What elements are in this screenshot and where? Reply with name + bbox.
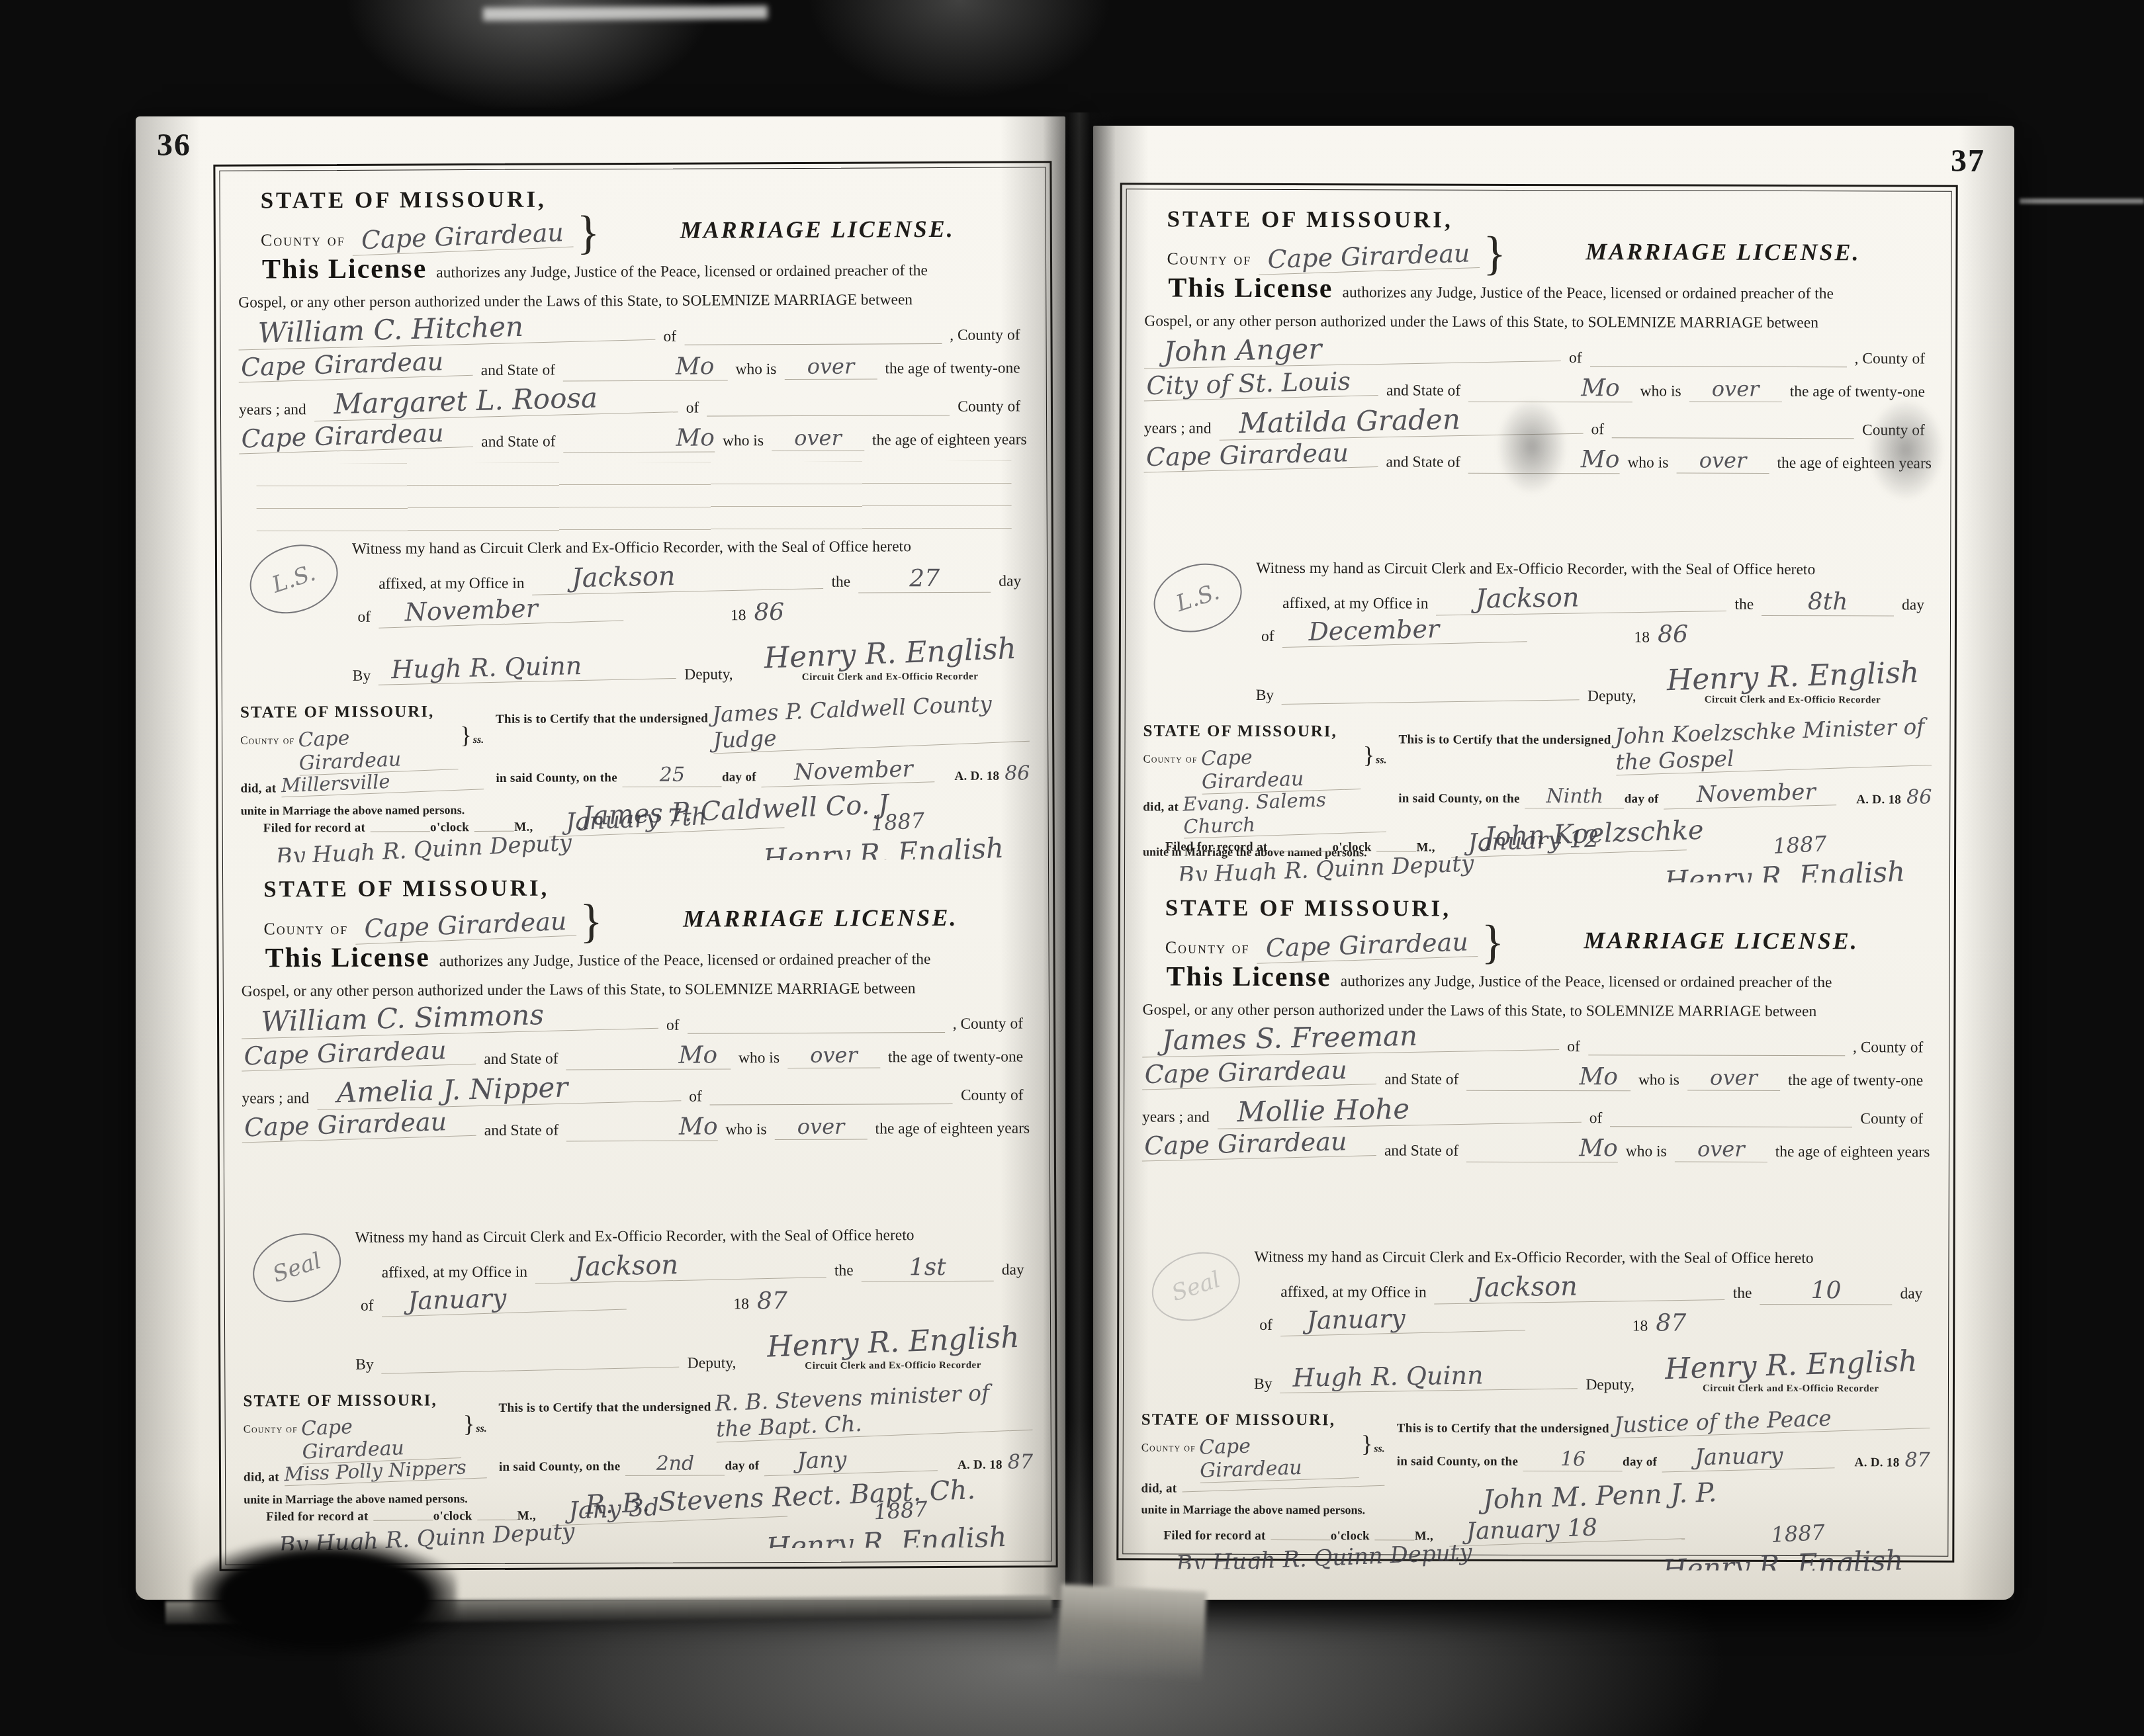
bride-age-over: over [1676, 448, 1769, 474]
witness-date-line: of January 1887 [1254, 1307, 1930, 1338]
office-place: Jackson [535, 1246, 826, 1284]
years-and-label: years ; and [1142, 1108, 1210, 1126]
marriage-license-title: MARRIAGE LICENSE. [1586, 238, 1860, 266]
certification-right: This is to Certify that the undersigned … [1384, 1411, 1930, 1517]
clerk-signature-block: Henry R. English Circuit Clerk and Ex-Of… [1665, 1348, 1918, 1395]
unite-label: unite in Marriage the above named person… [1141, 1502, 1384, 1517]
certify-row: This is to Certify that the undersigned … [496, 700, 1030, 755]
witness-by-line: By Hugh R. Quinn Deputy, Henry R. Englis… [352, 636, 1029, 685]
marriage-day: 25 [623, 763, 722, 787]
gospel-line: Gospel, or any other person authorized u… [1144, 312, 1818, 331]
by-label: By [1254, 1375, 1273, 1393]
groom-name: James S. Freeman [1141, 1017, 1559, 1058]
deputy-signature: Hugh R. Quinn [1280, 1359, 1578, 1393]
county-of-label: County of [1860, 1110, 1923, 1128]
marriage-date-row: in said County, on the 2nd day of Jany A… [499, 1448, 1033, 1477]
state-heading: STATE OF MISSOURI, [1165, 895, 1505, 922]
blank-line [1588, 1054, 1845, 1056]
the-label: the [1734, 596, 1754, 614]
marriage-license-record: STATE OF MISSOURI, County of Cape Girard… [236, 859, 1039, 1550]
who-is-label: who is [1638, 1071, 1679, 1089]
certification-right: This is to Certify that the undersigned … [486, 1389, 1033, 1496]
witness-year: 87 [1656, 1309, 1686, 1336]
certification-section: STATE OF MISSOURI, County of Cape Girard… [243, 1389, 1033, 1497]
witness-line: Witness my hand as Circuit Clerk and Ex-… [1254, 1248, 1930, 1268]
day-of-label: day of [725, 1459, 759, 1473]
and-state-of-label: and State of [1384, 1070, 1458, 1088]
witness-day: 8th [1762, 588, 1894, 617]
office-place: Jackson [532, 558, 824, 595]
state-county-block: STATE OF MISSOURI, County of Cape Girard… [263, 875, 603, 941]
deputy-signature [382, 1367, 680, 1374]
certification-left: STATE OF MISSOURI, County of Cape Girard… [1143, 722, 1386, 827]
brace: } [577, 219, 600, 245]
clerk-signature: Henry R. English [763, 632, 1016, 675]
brace: } [460, 721, 471, 749]
cert-county-row: County of Cape Girardeau } ss. [1143, 740, 1386, 792]
witness-by-line: By Deputy, Henry R. English Circuit Cler… [1256, 658, 1932, 707]
scanner-smudge [807, 0, 1112, 99]
county-of-label: County of [1167, 249, 1251, 269]
marriage-license-record: STATE OF MISSOURI, County of Cape Girard… [1138, 193, 1939, 883]
did-at-row: did, at Miss Polly Nippers [244, 1462, 487, 1487]
marriage-license-title: MARRIAGE LICENSE. [683, 904, 958, 933]
certify-row: This is to Certify that the undersigned … [1397, 1411, 1930, 1439]
who-is-label: who is [1627, 454, 1668, 472]
certify-row: This is to Certify that the undersigned … [1398, 722, 1932, 776]
county-handwritten: Cape Girardeau [354, 906, 576, 945]
of-label: of [1259, 1317, 1273, 1334]
county-of-label: County of [261, 230, 345, 251]
officiant-name: James P. Caldwell County Judge [711, 689, 1030, 754]
of-label: of [1567, 1038, 1580, 1056]
state-county-block: STATE OF MISSOURI, County of Cape Girard… [261, 186, 600, 252]
state-county-block: STATE OF MISSOURI, County of Cape Girard… [1165, 895, 1505, 961]
marriage-license-title: MARRIAGE LICENSE. [1584, 926, 1859, 955]
county-row: County of Cape Girardeau } [1167, 236, 1506, 272]
page-content: STATE OF MISSOURI, County of Cape Girard… [232, 171, 1038, 1561]
county-of-label: County of [1165, 938, 1250, 958]
bride-state: Mo [563, 424, 715, 453]
witness-section: L.S. Witness my hand as Circuit Clerk an… [1143, 559, 1933, 720]
cert-county-handwritten: Cape Girardeau [1199, 1431, 1359, 1483]
the-label: the [834, 1262, 854, 1280]
ad-18-label: A. D. 18 [1856, 793, 1901, 807]
did-at-row: did, at Millersville [240, 773, 484, 798]
marriage-year: 87 [1008, 1450, 1033, 1473]
county-of-label: County of [1862, 421, 1925, 439]
clerk-signature-block: Henry R. English Circuit Clerk and Ex-Of… [764, 636, 1016, 683]
did-at-label: did, at [1143, 800, 1179, 814]
brace: } [463, 1410, 474, 1438]
county-row: County of Cape Girardeau } [263, 904, 603, 941]
in-county-label: in said County, on the [1397, 1454, 1519, 1469]
scanner-light-streak [483, 5, 768, 21]
age-18-label: the age of eighteen years [1777, 455, 1932, 473]
clerk-signature: Henry R. English [1666, 656, 1920, 697]
of-label: of [357, 609, 371, 627]
witness-day: 10 [1760, 1277, 1892, 1305]
groom-age-over: over [1689, 376, 1782, 402]
officiant-name: John Koelzschke Minister of the Gospel [1615, 713, 1932, 775]
who-is-label: who is [725, 1121, 766, 1139]
deputy-label: Deputy, [1586, 1376, 1634, 1394]
bride-county: Cape Girardeau [1141, 1126, 1376, 1161]
witness-month: January [380, 1280, 626, 1317]
bride-line: years ; and Margaret L. Roosa of County … [239, 385, 1028, 424]
state-heading-small: STATE OF MISSOURI, [1143, 722, 1387, 741]
brace: } [1483, 240, 1506, 267]
county-of-label: County of [1143, 752, 1197, 765]
blank-line [478, 1519, 517, 1520]
day-label: day [1900, 1285, 1922, 1303]
state-heading: STATE OF MISSOURI, [1167, 206, 1507, 234]
bride-state: Mo [1468, 446, 1620, 474]
marriage-license-record: STATE OF MISSOURI, County of Cape Girard… [1136, 881, 1937, 1571]
bride-age-over: over [1675, 1137, 1767, 1162]
bride-state: Mo [1466, 1135, 1618, 1163]
certify-row: This is to Certify that the undersigned … [498, 1389, 1032, 1444]
did-at-label: did, at [244, 1470, 279, 1485]
clerk-seal: L.S. [241, 533, 347, 625]
certification-left: STATE OF MISSOURI, County of Cape Girard… [243, 1391, 487, 1497]
scanner-smudge [344, 0, 715, 112]
cert-county-handwritten: Cape Girardeau [1200, 742, 1361, 795]
deputy-label: Deputy, [1587, 687, 1636, 705]
bride-age-over: over [772, 425, 864, 451]
page-number: 36 [157, 127, 191, 163]
witness-line: Witness my hand as Circuit Clerk and Ex-… [1256, 560, 1932, 580]
bride-line: years ; and Matilda Graden of County of [1144, 407, 1933, 445]
of-label: of [686, 400, 699, 417]
and-state-of-label: and State of [1386, 382, 1460, 400]
oclock-label: o'clock [430, 820, 469, 835]
blank-line [707, 414, 950, 417]
and-state-of-label: and State of [481, 362, 555, 380]
witness-section: Seal Witness my hand as Circuit Clerk an… [1141, 1248, 1931, 1409]
bride-line: years ; and Mollie Hohe of County of [1142, 1096, 1931, 1133]
of-label: of [689, 1088, 702, 1106]
of-label: of [1261, 628, 1274, 646]
cert-county-row: County of Cape Girardeau } ss. [244, 1410, 487, 1462]
witness-office-line: affixed, at my Office in Jackson the 8th… [1256, 584, 1932, 617]
marriage-license-title: MARRIAGE LICENSE. [680, 215, 955, 244]
in-county-label: in said County, on the [1398, 791, 1520, 806]
clerk-title: Circuit Clerk and Ex-Officio Recorder [802, 672, 979, 683]
of-label: of [361, 1297, 374, 1315]
years-and-label: years ; and [239, 401, 306, 419]
bride-name: Matilda Graden [1219, 401, 1584, 441]
authorizes-line: authorizes any Judge, Justice of the Pea… [1341, 973, 1832, 991]
groom-line: William C. Simmons of , County of [242, 1002, 1031, 1041]
the-label: the [831, 574, 850, 591]
witness-line: Witness my hand as Circuit Clerk and Ex-… [355, 1226, 1032, 1246]
certification-section: STATE OF MISSOURI, County of Cape Girard… [1141, 1410, 1930, 1517]
certification-left: STATE OF MISSOURI, County of Cape Girard… [240, 703, 484, 808]
of-label: of [663, 328, 676, 346]
state-heading-small: STATE OF MISSOURI, [240, 703, 484, 722]
authorizes-line: authorizes any Judge, Justice of the Pea… [436, 262, 928, 281]
marriage-month: January [1662, 1441, 1834, 1472]
office-in-label: affixed, at my Office in [382, 1264, 527, 1282]
age-18-label: the age of eighteen years [872, 431, 1027, 449]
witness-date-line: of December 1886 [1256, 618, 1932, 650]
clerk-signature-block: Henry R. English Circuit Clerk and Ex-Of… [1666, 660, 1919, 707]
officiant-name: R. B. Stevens minister of the Bapt. Ch. [715, 1378, 1033, 1443]
county-of-label: County of [961, 1086, 1024, 1104]
certify-label: This is to Certify that the undersigned [496, 712, 708, 727]
in-county-label: in said County, on the [496, 771, 617, 786]
witness-year: 86 [754, 599, 784, 626]
deputy-label: Deputy, [684, 666, 733, 683]
deputy-label: Deputy, [688, 1354, 737, 1372]
blank-ruled-area [259, 1150, 1014, 1222]
marriage-month: November [761, 755, 935, 787]
clerk-signature-block: Henry R. English Circuit Clerk and Ex-Of… [767, 1324, 1020, 1372]
who-is-label: who is [1626, 1143, 1667, 1160]
certify-label: This is to Certify that the undersigned [1397, 1421, 1609, 1436]
witness-by-line: By Deputy, Henry R. English Circuit Cler… [355, 1324, 1032, 1373]
authorizes-line: authorizes any Judge, Justice of the Pea… [439, 951, 931, 970]
blank-line [1610, 1125, 1852, 1127]
state-heading: STATE OF MISSOURI, [263, 875, 603, 902]
state-heading-small: STATE OF MISSOURI, [243, 1391, 486, 1411]
groom-state: Mo [566, 1041, 731, 1070]
witness-date-line: of November 1886 [352, 595, 1029, 628]
groom-line: John Anger of , County of [1144, 335, 1933, 373]
filed-clerk-block: Henry R. English Circuit Clerk and Ex-Of… [1664, 860, 1905, 883]
age-21-label: the age of twenty-one [1788, 1072, 1923, 1090]
witness-date-line: of January 1887 [355, 1284, 1032, 1317]
printed-18: 18 [1634, 629, 1650, 646]
this-license-words: This License [1167, 962, 1331, 993]
bride-county: Cape Girardeau [238, 417, 473, 455]
years-and-label: years ; and [1144, 419, 1212, 437]
by-label: By [355, 1356, 374, 1374]
printed-18: 18 [1632, 1317, 1648, 1335]
witness-section: Seal Witness my hand as Circuit Clerk an… [242, 1226, 1032, 1388]
witness-line: Witness my hand as Circuit Clerk and Ex-… [352, 537, 1029, 558]
filed-section: Filed for record at o'clock M., January … [1143, 829, 1932, 883]
witness-day: 1st [862, 1254, 994, 1282]
this-license-words: This License [265, 942, 430, 973]
bride-residence-line: Cape Girardeau and State of Mo who is ov… [242, 1109, 1032, 1149]
blank-line [1375, 1539, 1415, 1540]
witness-day: 27 [858, 565, 991, 593]
deputy-signature: Hugh R. Quinn [378, 649, 676, 685]
certify-label: This is to Certify that the undersigned [499, 1401, 711, 1416]
and-state-of-label: and State of [1384, 1142, 1458, 1160]
who-is-label: who is [738, 1049, 780, 1067]
marriage-month: November [1664, 778, 1836, 809]
by-label: By [1256, 687, 1274, 705]
clerk-title: Circuit Clerk and Ex-Officio Recorder [805, 1360, 981, 1372]
filed-label: Filed for record at [263, 821, 365, 836]
blank-line [1590, 365, 1847, 367]
seal-scribble: Seal [1169, 1266, 1224, 1307]
blank-ruled-area [1159, 1172, 1914, 1242]
certification-section: STATE OF MISSOURI, County of Cape Girard… [240, 700, 1030, 808]
ss-label: ss. [1374, 1443, 1385, 1455]
cert-county-row: County of Cape Girardeau } ss. [240, 721, 484, 773]
groom-state: Mo [1468, 374, 1632, 403]
brace: } [1363, 741, 1374, 769]
register-page-right: 37 STATE OF MISSOURI, County of Cape Gir… [1093, 126, 2014, 1600]
who-is-label: who is [1640, 382, 1681, 400]
oclock-label: o'clock [1331, 1529, 1370, 1543]
office-in-label: affixed, at my Office in [379, 575, 524, 593]
witness-month: January [1280, 1301, 1525, 1336]
this-license-words: This License [262, 253, 427, 284]
witness-month: December [1281, 612, 1527, 648]
page-border-frame: STATE OF MISSOURI, County of Cape Girard… [1116, 183, 1957, 1562]
filed-clerk-block: Henry R. English Circuit Clerk and Ex-Of… [1662, 1548, 1903, 1571]
groom-age-over: over [784, 353, 877, 380]
clerk-seal: L.S. [1145, 552, 1251, 643]
groom-age-over: over [1687, 1065, 1780, 1091]
groom-name: John Anger [1143, 328, 1561, 369]
blank-ruled-area [256, 461, 1011, 533]
and-state-of-label: and State of [484, 1051, 558, 1068]
county-handwritten: Cape Girardeau [1258, 238, 1480, 275]
printed-18: 18 [731, 607, 746, 625]
marriage-day: Ninth [1525, 785, 1625, 808]
state-heading-small: STATE OF MISSOURI, [1141, 1410, 1385, 1430]
filed-clerk-block: Henry R. English Circuit Clerk and Ex-Of… [766, 1526, 1006, 1551]
marriage-day: 16 [1523, 1448, 1623, 1471]
who-is-label: who is [723, 432, 764, 450]
groom-state: Mo [563, 353, 728, 381]
bride-line: years ; and Amelia J. Nipper of County o… [242, 1074, 1031, 1113]
did-at-row: did, at [1141, 1481, 1385, 1497]
age-21-label: the age of twenty-one [1790, 383, 1925, 402]
office-in-label: affixed, at my Office in [1282, 595, 1428, 613]
blank-line [684, 343, 942, 345]
and-state-of-label: and State of [1386, 453, 1460, 471]
certification-section: STATE OF MISSOURI, County of Cape Girard… [1143, 722, 1932, 828]
filed-label: Filed for record at [266, 1510, 368, 1525]
this-license-words: This License [1168, 273, 1333, 304]
blank-line [1612, 437, 1854, 439]
marriage-place [1182, 1485, 1384, 1493]
certification-right: This is to Certify that the undersigned … [484, 700, 1030, 807]
blank-line [1273, 850, 1332, 851]
county-of-label: , County of [950, 326, 1020, 344]
blank-line [1377, 850, 1417, 851]
ad-18-label: A. D. 18 [958, 1458, 1003, 1473]
and-state-of-label: and State of [481, 433, 555, 451]
blank-line [688, 1031, 945, 1034]
ss-label: ss. [476, 1423, 487, 1435]
groom-county: Cape Girardeau [1141, 1055, 1376, 1090]
the-label: the [1733, 1285, 1752, 1303]
who-is-label: who is [735, 361, 776, 378]
bride-county: Cape Girardeau [241, 1106, 476, 1143]
age-18-label: the age of eighteen years [875, 1119, 1030, 1138]
printed-18: 18 [733, 1295, 749, 1313]
page-border-frame: STATE OF MISSOURI, County of Cape Girard… [213, 161, 1057, 1571]
blank-ruled-area [1161, 483, 1915, 554]
groom-county: City of St. Louis [1143, 366, 1378, 401]
page-number: 37 [1951, 143, 1985, 179]
county-of-label: County of [263, 919, 348, 939]
filed-section: Filed for record at o'clock M., Jany 3d … [244, 1496, 1033, 1550]
did-at-label: did, at [1141, 1481, 1177, 1496]
witness-office-line: affixed, at my Office in Jackson the 10 … [1254, 1273, 1930, 1306]
seal-scribble: Seal [269, 1248, 324, 1288]
county-of-label: , County of [953, 1015, 1024, 1033]
day-label: day [1002, 1261, 1024, 1279]
ad-18-label: A. D. 18 [1855, 1455, 1900, 1470]
witness-month: November [378, 591, 623, 628]
did-at-label: did, at [240, 781, 276, 796]
groom-county: Cape Girardeau [241, 1035, 476, 1072]
bride-residence-line: Cape Girardeau and State of Mo who is ov… [239, 421, 1028, 460]
of-label: of [666, 1017, 680, 1035]
filed-section: Filed for record at o'clock M., January … [1141, 1518, 1930, 1571]
witness-office-line: affixed, at my Office in Jackson the 27 … [352, 562, 1029, 595]
bride-county: Cape Girardeau [1143, 437, 1378, 472]
bride-age-over: over [774, 1113, 867, 1140]
brace: } [1482, 929, 1505, 955]
bride-name: Mollie Hohe [1217, 1090, 1582, 1129]
groom-line: William C. Hitchen of , County of [238, 314, 1028, 353]
groom-county: Cape Girardeau [238, 346, 472, 383]
county-handwritten: Cape Girardeau [1256, 927, 1478, 964]
bride-residence-line: Cape Girardeau and State of Mo who is ov… [1144, 443, 1933, 480]
county-of-label: County of [240, 734, 294, 747]
day-of-label: day of [1623, 1455, 1657, 1469]
marriage-license-record: STATE OF MISSOURI, County of Cape Girard… [232, 171, 1036, 862]
filed-label: Filed for record at [1165, 840, 1267, 855]
office-place: Jackson [1436, 580, 1727, 616]
marriage-year: 87 [1904, 1448, 1930, 1471]
ss-label: ss. [473, 734, 484, 746]
authorizes-line: authorizes any Judge, Justice of the Pea… [1342, 284, 1834, 302]
age-21-label: the age of twenty-one [888, 1048, 1023, 1066]
license-header: STATE OF MISSOURI, County of Cape Girard… [1144, 206, 1933, 274]
marriage-year: 86 [1906, 785, 1932, 808]
oclock-label: o'clock [1332, 840, 1371, 855]
witness-year: 86 [1658, 621, 1688, 648]
seal-scribble: L.S. [1173, 578, 1222, 617]
register-page-left: 36 STATE OF MISSOURI, County of Cape Gir… [136, 116, 1065, 1600]
blank-line [1271, 1539, 1331, 1540]
state-county-block: STATE OF MISSOURI, County of Cape Girard… [1167, 206, 1506, 272]
clerk-signature: Henry R. English [766, 1321, 1020, 1364]
county-of-label: , County of [1855, 350, 1925, 368]
age-21-label: the age of twenty-one [885, 359, 1020, 378]
bride-residence-line: Cape Girardeau and State of Mo who is ov… [1142, 1131, 1931, 1169]
day-of-label: day of [1625, 792, 1659, 806]
clerk-seal: Seal [1143, 1241, 1249, 1332]
certify-label: This is to Certify that the undersigned [1398, 732, 1611, 748]
marriage-date-row: in said County, on the 16 day of January… [1397, 1444, 1930, 1473]
page-content: STATE OF MISSOURI, County of Cape Girard… [1136, 193, 1938, 1552]
license-header: STATE OF MISSOURI, County of Cape Girard… [1143, 894, 1932, 963]
county-of-label: County of [1141, 1441, 1196, 1454]
day-label: day [1902, 596, 1924, 614]
state-heading: STATE OF MISSOURI, [261, 186, 600, 214]
marriage-year: 86 [1005, 761, 1030, 785]
in-county-label: in said County, on the [499, 1459, 621, 1475]
scanner-light-streak [2020, 198, 2144, 204]
brace: } [1361, 1430, 1372, 1457]
county-of-label: County of [958, 398, 1020, 415]
day-of-label: day of [722, 770, 756, 785]
ss-label: ss. [1376, 754, 1387, 766]
county-handwritten: Cape Girardeau [351, 218, 574, 256]
